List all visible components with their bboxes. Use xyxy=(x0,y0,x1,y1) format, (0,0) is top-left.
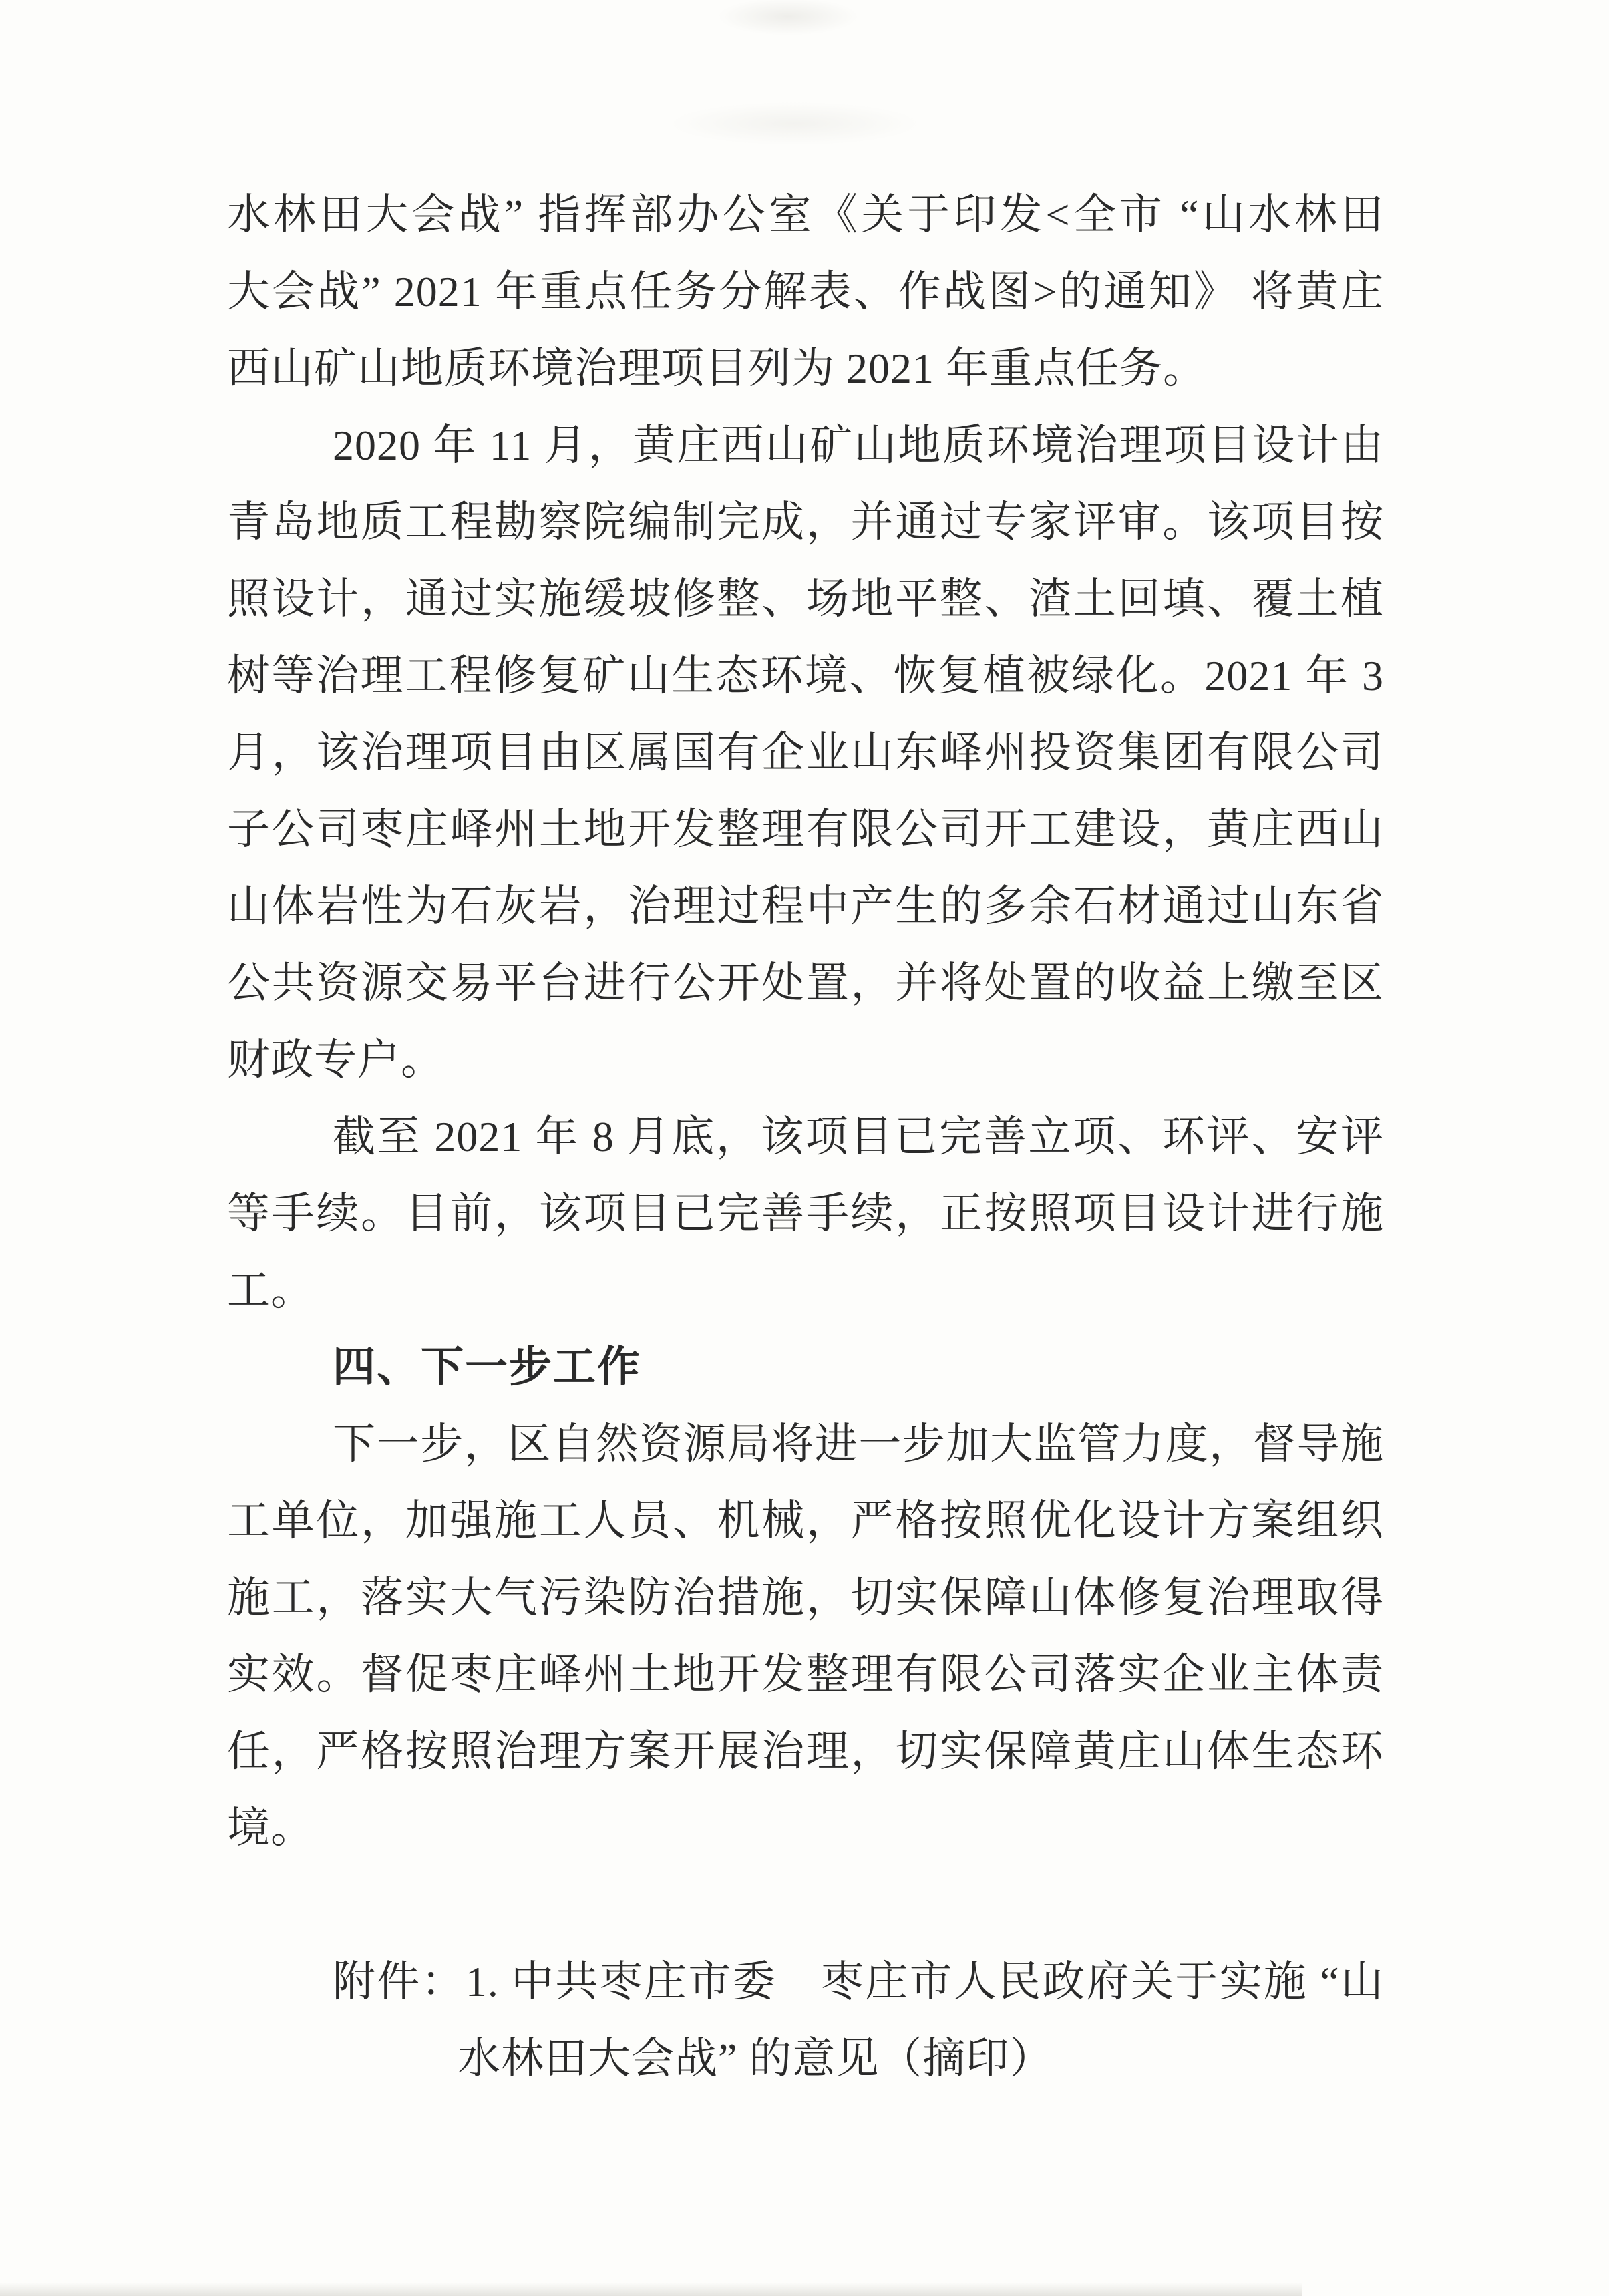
paragraph-line: 任，严格按照治理方案开展治理，切实保障黄庄山体生态环 xyxy=(227,1713,1384,1790)
paragraph-line: 财政专户。 xyxy=(227,1021,1384,1098)
paragraph-line: 西山矿山地质环境治理项目列为 2021 年重点任务。 xyxy=(227,330,1384,407)
paragraph-line: 施工，落实大气污染防治措施，切实保障山体修复治理取得 xyxy=(227,1559,1384,1636)
blank-line xyxy=(227,1866,1384,1943)
paragraph-line: 实效。督促枣庄峄州土地开发整理有限公司落实企业主体责 xyxy=(227,1636,1384,1713)
paragraph-line: 等手续。目前，该项目已完善手续，正按照项目设计进行施 xyxy=(227,1175,1384,1252)
paragraph-line: 水林田大会战” 指挥部办公室《关于印发<全市 “山水林田 xyxy=(227,176,1384,253)
paragraph-line: 下一步，区自然资源局将进一步加大监管力度，督导施 xyxy=(227,1406,1384,1482)
paragraph-line: 公共资源交易平台进行公开处置，并将处置的收益上缴至区 xyxy=(227,945,1384,1021)
paragraph-line: 月，该治理项目由区属国有企业山东峄州投资集团有限公司 xyxy=(227,714,1384,791)
paragraph-line: 工单位，加强施工人员、机械，严格按照优化设计方案组织 xyxy=(227,1482,1384,1559)
paragraph-line: 2020 年 11 月，黄庄西山矿山地质环境治理项目设计由 xyxy=(227,407,1384,484)
scan-artifact-bottom xyxy=(0,2280,1302,2296)
paragraph-line: 山体岩性为石灰岩，治理过程中产生的多余石材通过山东省 xyxy=(227,868,1384,945)
paragraph-line: 青岛地质工程勘察院编制完成，并通过专家评审。该项目按 xyxy=(227,484,1384,560)
attachment-line: 附件：1. 中共枣庄市委 枣庄市人民政府关于实施 “山 xyxy=(227,1943,1384,2020)
paragraph-line: 工。 xyxy=(227,1252,1384,1329)
document-body: 水林田大会战” 指挥部办公室《关于印发<全市 “山水林田大会战” 2021 年重… xyxy=(0,0,1609,2097)
paragraph-line: 子公司枣庄峄州土地开发整理有限公司开工建设，黄庄西山 xyxy=(227,791,1384,868)
paragraph-line: 大会战” 2021 年重点任务分解表、作战图>的通知》 将黄庄 xyxy=(227,253,1384,330)
paragraph-line: 照设计，通过实施缓坡修整、场地平整、渣土回填、覆土植 xyxy=(227,560,1384,637)
scanned-document-page: 水林田大会战” 指挥部办公室《关于印发<全市 “山水林田大会战” 2021 年重… xyxy=(0,0,1609,2296)
paragraph-line: 截至 2021 年 8 月底，该项目已完善立项、环评、安评 xyxy=(227,1098,1384,1175)
attachment-line: 水林田大会战” 的意见（摘印） xyxy=(227,2020,1384,2097)
section-heading: 四、下一步工作 xyxy=(227,1329,1384,1406)
paragraph-line: 树等治理工程修复矿山生态环境、恢复植被绿化。2021 年 3 xyxy=(227,637,1384,714)
paragraph-line: 境。 xyxy=(227,1790,1384,1866)
